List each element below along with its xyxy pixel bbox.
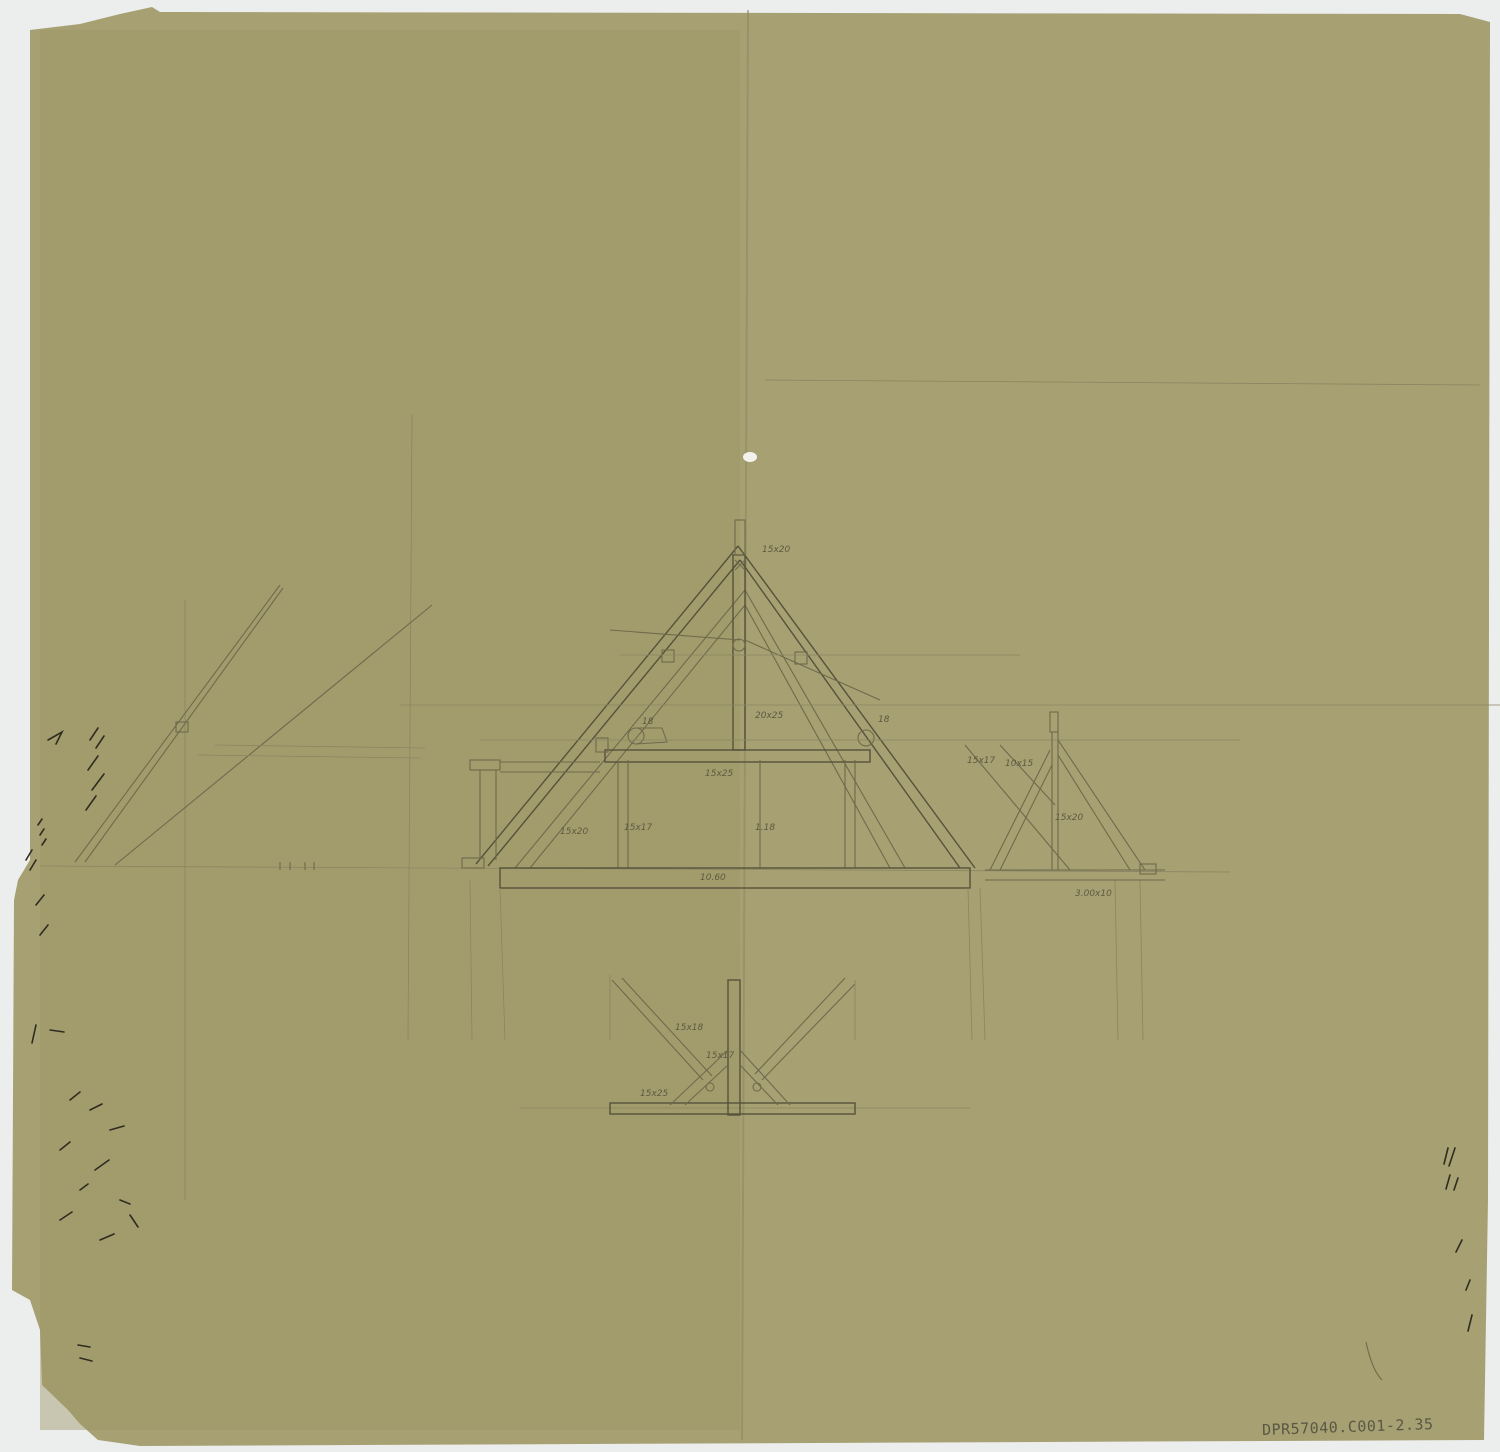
dim-rafter: 15x20 — [560, 827, 589, 837]
dim-side-rafter: 15x17 — [967, 756, 996, 766]
dim-ridge: 15x20 — [762, 545, 791, 555]
dim-purlin-right: 18 — [878, 715, 890, 725]
dim-side-post: 15x20 — [1055, 813, 1084, 823]
dim-trestle-strut: 15x17 — [706, 1051, 735, 1061]
dim-main-span: 10.60 — [700, 873, 726, 883]
drawing-sheet: 10.60 15x20 20x25 15x25 18 18 15x20 15x1… — [0, 0, 1500, 1452]
dim-height: 1.18 — [755, 823, 775, 833]
dim-collar: 20x25 — [755, 711, 784, 721]
paper-hole — [743, 452, 757, 462]
dim-tie-beam: 15x25 — [705, 769, 734, 779]
dim-side-brace: 10x15 — [1005, 759, 1034, 769]
dim-post: 15x17 — [624, 823, 653, 833]
dim-purlin-left: 18 — [642, 717, 654, 727]
dim-trestle-leg: 15x18 — [675, 1023, 704, 1033]
dim-side-span: 3.00x10 — [1075, 889, 1112, 899]
dim-trestle-base: 15x25 — [640, 1089, 669, 1099]
